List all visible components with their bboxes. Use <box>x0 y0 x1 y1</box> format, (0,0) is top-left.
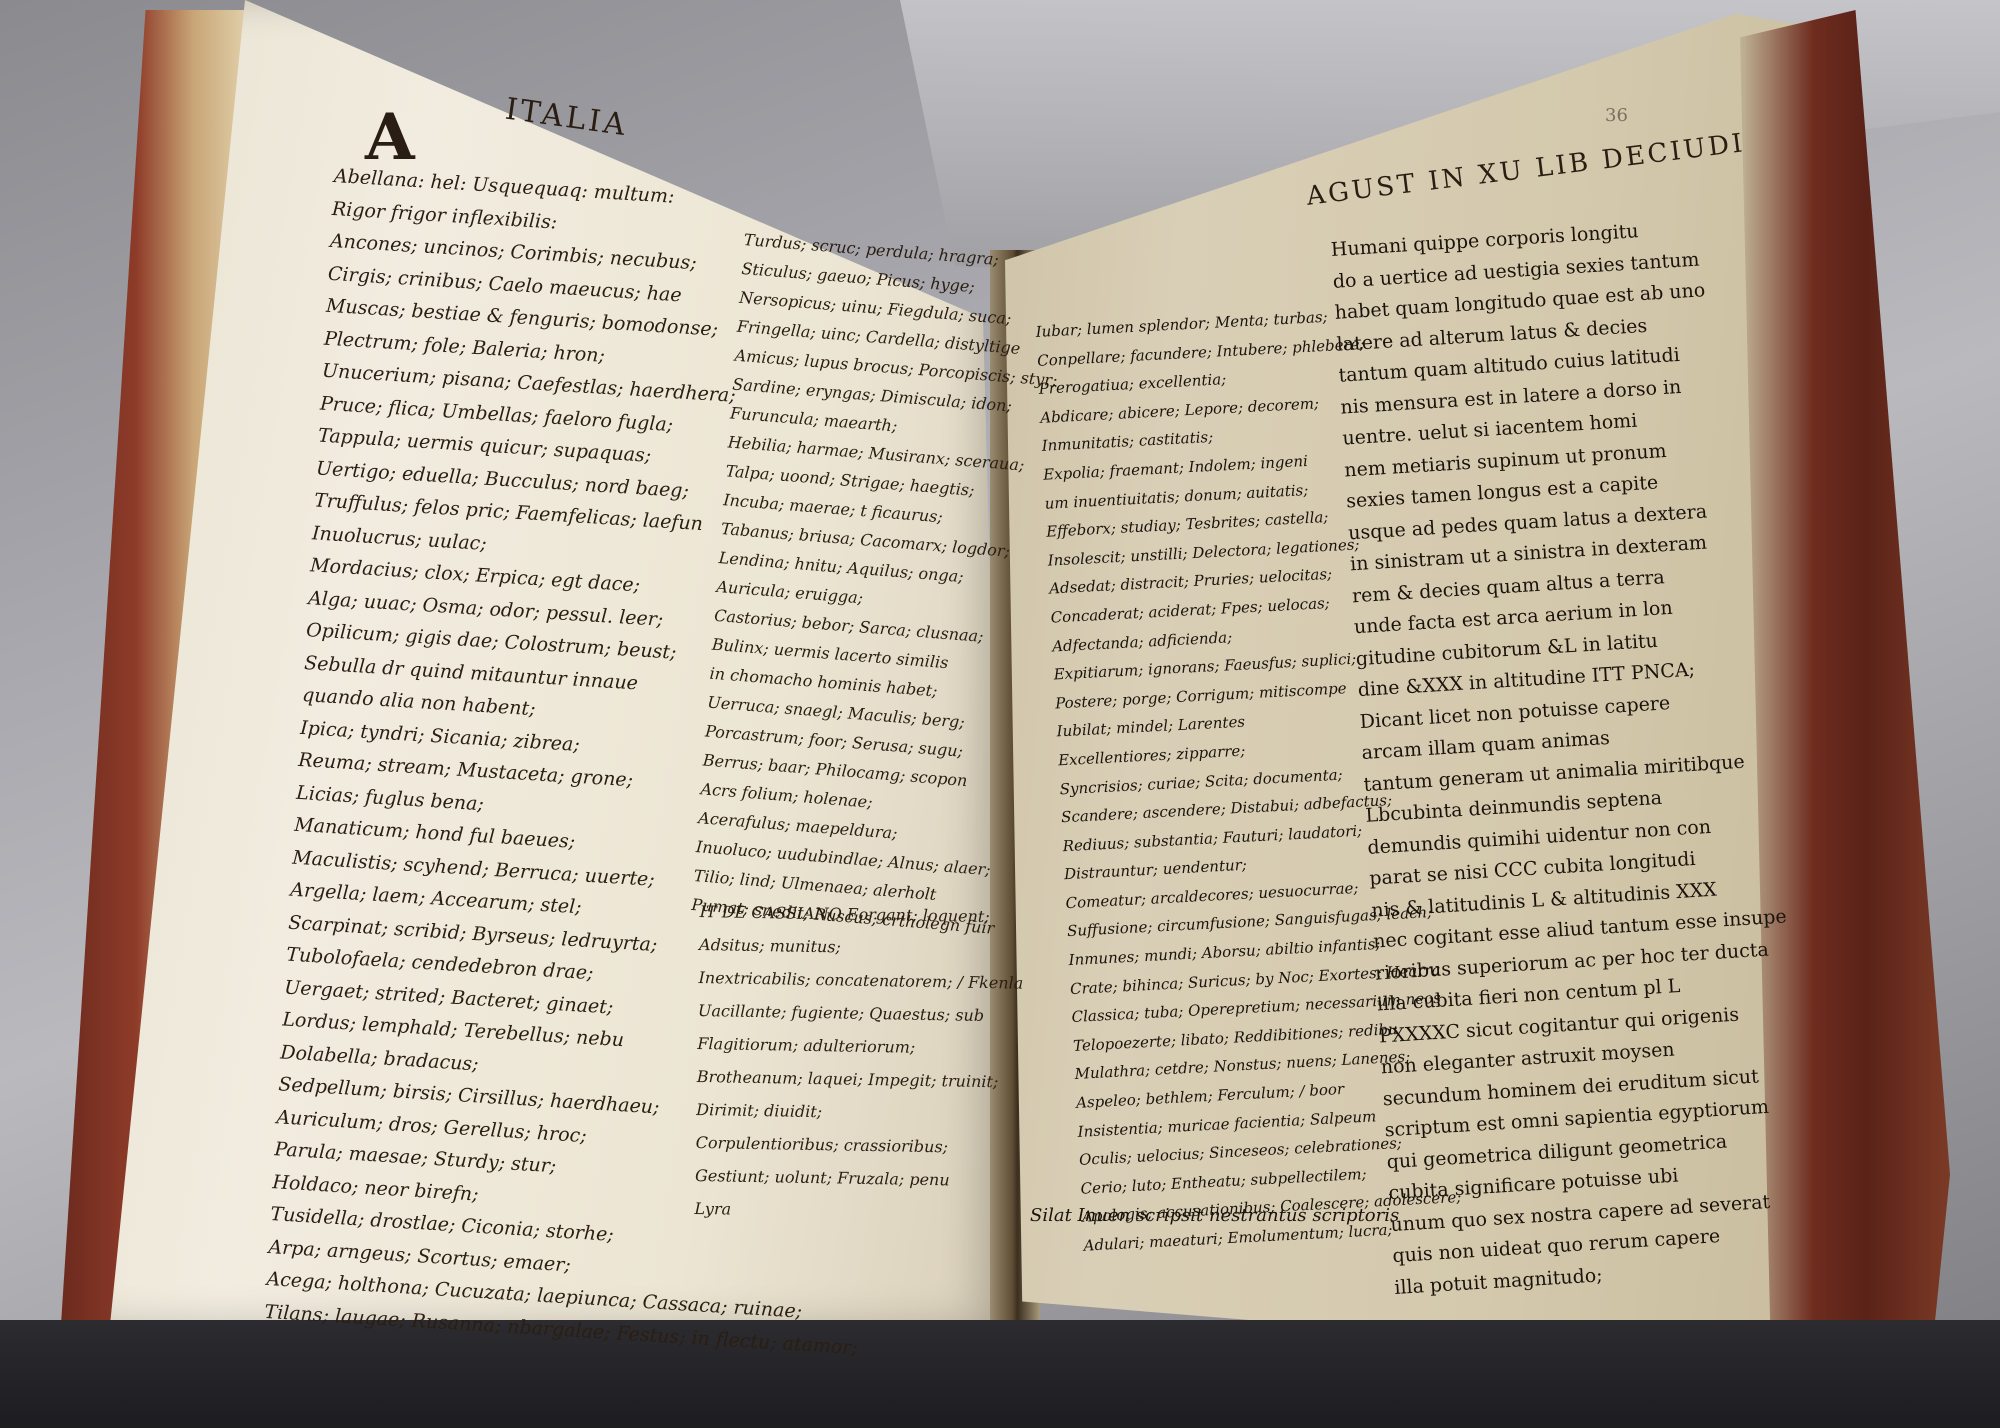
right-column-2: Humani quippe corporis longitudo a uerti… <box>1330 210 1809 1304</box>
dark-cushion <box>0 1320 2000 1428</box>
left-column-2b: IT DE CASSIANO Eorgant; loquent;Adsitus;… <box>694 895 1024 1231</box>
folio-number: 36 <box>1605 105 1628 126</box>
manuscript-line: Lyra <box>694 1192 1019 1231</box>
manuscript-line: Gestiunt; uolunt; Fruzala; penu <box>695 1159 1020 1198</box>
colophon-line: Silat Inuen scripsit nestrantus scriptor… <box>1030 1200 1399 1233</box>
left-column-2: Turdus; scruc; perdula; hragra;Sticulus;… <box>690 225 1067 944</box>
